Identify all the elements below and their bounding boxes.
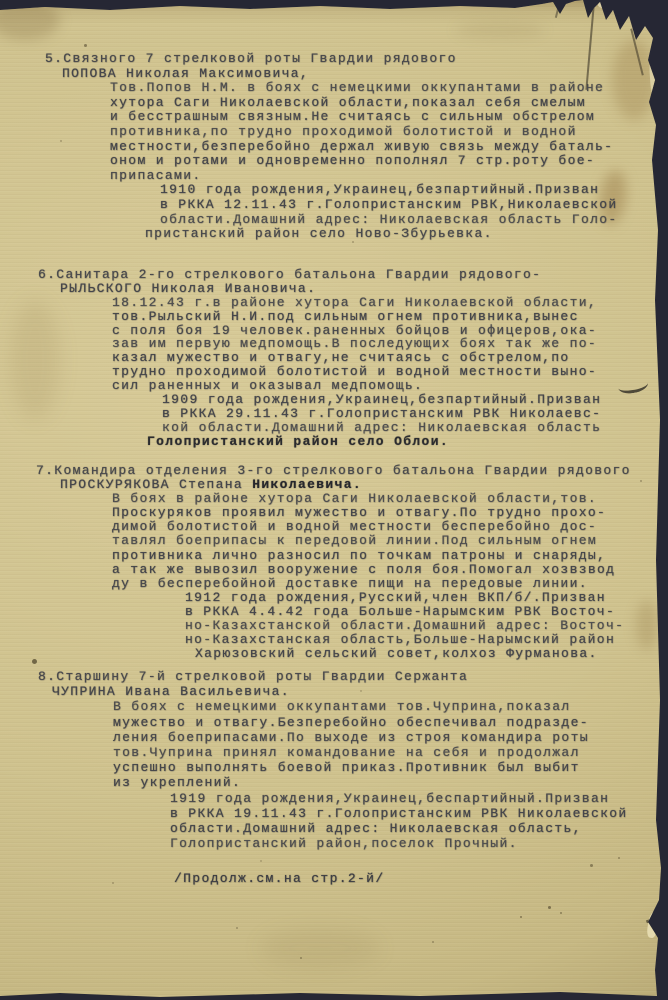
paper-speck <box>432 941 434 943</box>
typed-line: пристанский район село Ново-Збурьевка. <box>145 227 668 242</box>
typed-text: Голопристанский район,поселок Прочный. <box>170 836 518 851</box>
typed-text: ду в бесперебойной доставке пищи на пере… <box>112 576 588 591</box>
typed-text: противника,по трудно проходимой болотист… <box>110 124 577 139</box>
entry-section-5: 5.Связного 7 стрелковой роты Гвардии ряд… <box>0 52 668 242</box>
typed-line: 8.Старшину 7-й стрелковой роты Гвардии С… <box>38 669 668 684</box>
typed-line: Тов.Попов Н.М. в боях с немецкими оккупа… <box>110 81 668 96</box>
typed-line: 5.Связного 7 стрелковой роты Гвардии ряд… <box>45 52 668 67</box>
typed-line: 18.12.43 г.в районе хутора Саги Николаев… <box>112 296 668 310</box>
entry-section-7: 7.Командира отделения 3-го стрелкового б… <box>0 464 668 661</box>
paper-speck <box>112 882 114 884</box>
paper-speck <box>300 957 302 959</box>
typed-text: кой области.Домашний адрес: Николаевская… <box>162 420 601 435</box>
paper-speck <box>618 857 620 859</box>
typed-line: тавлял боеприпасы к передовой линии.Под … <box>112 534 668 548</box>
typed-line: припасами. <box>110 169 668 184</box>
typed-line: области.Домашний адрес: Николаевская обл… <box>170 821 668 836</box>
typed-line: в РККА 29.11.43 г.Голопристанским РВК Ни… <box>162 407 668 421</box>
typed-line: кой области.Домашний адрес: Николаевская… <box>162 421 668 435</box>
typed-line: РЫЛЬСКОГО Николая Ивановича. <box>60 282 668 296</box>
typed-line: 1912 года рождения,Русский,член ВКП/б/.П… <box>185 591 668 605</box>
typed-line: зав им первую медпомощь.В последующих бо… <box>112 337 668 351</box>
paper-speck <box>84 44 87 47</box>
typed-text: припасами. <box>110 168 202 183</box>
typed-text: 6.Санитара 2-го стрелкового батальона Гв… <box>38 267 541 282</box>
typed-line: ду в бесперебойной доставке пищи на пере… <box>112 577 668 591</box>
paper-speck <box>60 140 62 142</box>
typed-line: в РККА 12.11.43 г.Голопристанским РВК,Ни… <box>160 198 668 213</box>
typed-line: из укреплений. <box>113 775 668 790</box>
typed-line: 1910 года рождения,Украинец,безпартийный… <box>160 183 668 198</box>
typed-line: в РККА 4.4.42 года Больше-Нарымским РВК … <box>185 605 668 619</box>
paper-speck <box>236 927 238 929</box>
typed-text: но-Казахстанской области.Домашний адрес:… <box>185 618 624 633</box>
typed-text: 18.12.43 г.в районе хутора Саги Николаев… <box>112 295 597 310</box>
typed-text: 1919 года рождения,Украинец,беспартийный… <box>170 791 609 806</box>
typed-text: в РККА 29.11.43 г.Голопристанским РВК Ни… <box>162 406 601 421</box>
entry-section-8: 8.Старшину 7-й стрелковой роты Гвардии С… <box>0 669 668 851</box>
paper-speck <box>360 690 362 692</box>
typed-line: Голопристанский район село Облои. <box>147 435 668 449</box>
typed-line: В боях в районе хутора Саги Николаевской… <box>112 492 668 506</box>
typed-text: оном и ротами и одновременно пополнял 7 … <box>110 153 595 168</box>
paper-speck <box>520 916 522 918</box>
typed-line: но-Казахстанская область,Больше-Нарымски… <box>185 633 668 647</box>
paper-speck <box>560 912 562 914</box>
paper-speck <box>260 860 262 862</box>
typed-text: тов.Чуприна принял командование на себя … <box>113 745 580 760</box>
typed-line: в РККА 19.11.43 г.Голопристанским РВК Ни… <box>170 806 668 821</box>
typed-text: тов.Рыльский Н.И.под сильным огнем проти… <box>112 309 579 324</box>
typed-text: зав им первую медпомощь.В последующих бо… <box>112 336 597 351</box>
typed-line: 1919 года рождения,Украинец,беспартийный… <box>170 791 668 806</box>
typed-text: В боях с немецкими оккупантами тов.Чупри… <box>113 699 571 714</box>
typed-text: но-Казахстанская область,Больше-Нарымски… <box>185 632 615 647</box>
typed-text: трудно проходимой болотистой и водной ме… <box>112 364 597 379</box>
typed-line: и бесстрашным связным.Не считаясь с силь… <box>110 110 668 125</box>
typed-text: сил раненных и оказывал медпомощь. <box>112 378 423 393</box>
typed-text: 7.Командира отделения 3-го стрелкового б… <box>36 463 631 478</box>
typed-line: ления боеприпасами.По выходе из строя ко… <box>113 730 668 745</box>
typed-text: Голопристанский район село Облои. <box>147 434 449 449</box>
typed-text: противника лично разносил по точкам патр… <box>112 548 606 563</box>
typed-text: области.Домашний адрес: Николаевская обл… <box>170 821 582 836</box>
typed-text: 8.Старшину 7-й стрелковой роты Гвардии С… <box>38 669 468 684</box>
typed-text: ЧУПРИНА Ивана Васильевича. <box>52 684 290 699</box>
paper-speck <box>352 241 354 243</box>
typed-text: и бесстрашным связным.Не считаясь с силь… <box>110 109 595 124</box>
typed-text: ПРОСКУРЯКОВА Степана <box>60 477 252 492</box>
typed-text: а так же вывозил вооружение с поля боя.П… <box>112 562 615 577</box>
typed-content: 5.Связного 7 стрелковой роты Гвардии ряд… <box>0 0 668 1000</box>
paper-speck <box>548 906 551 909</box>
entry-section-6: 6.Санитара 2-го стрелкового батальона Гв… <box>0 268 668 449</box>
typed-line: 7.Командира отделения 3-го стрелкового б… <box>36 464 668 478</box>
typed-line: Харюзовский сельский совет,колхоз Фурман… <box>195 647 668 661</box>
typed-text: ПОПОВА Николая Максимовича, <box>62 66 309 81</box>
typed-text-bold: Николаевича. <box>252 477 362 492</box>
typed-text: РЫЛЬСКОГО Николая Ивановича. <box>60 281 316 296</box>
typed-line: 6.Санитара 2-го стрелкового батальона Гв… <box>38 268 668 282</box>
typed-text: в РККА 19.11.43 г.Голопристанским РВК Ни… <box>170 806 628 821</box>
typed-text: успешно выполнять боевой приказ.Противни… <box>113 760 580 775</box>
typed-line: области.Домашний адрес: Николаевская обл… <box>160 213 668 228</box>
typed-text: мужество и отвагу.Безперебойно обеспечив… <box>113 715 589 730</box>
typed-text: 5.Связного 7 стрелковой роты Гвардии ряд… <box>45 51 457 66</box>
typed-line: Голопристанский район,поселок Прочный. <box>170 836 668 851</box>
typed-line: В боях с немецкими оккупантами тов.Чупри… <box>113 699 668 714</box>
typed-line: но-Казахстанской области.Домашний адрес:… <box>185 619 668 633</box>
typed-line: а так же вывозил вооружение с поля боя.П… <box>112 563 668 577</box>
typed-line: мужество и отвагу.Безперебойно обеспечив… <box>113 715 668 730</box>
typed-text: пристанский район село Ново-Збурьевка. <box>145 226 493 241</box>
paper-speck <box>32 659 37 664</box>
typed-line: местности,безперебойно держал живую связ… <box>110 140 668 155</box>
typed-line: противника лично разносил по точкам патр… <box>112 549 668 563</box>
continuation-note: /Продолж.см.на стр.2-й/ <box>174 871 384 886</box>
typed-text: тавлял боеприпасы к передовой линии.Под … <box>112 533 597 548</box>
typed-text: 1910 года рождения,Украинец,безпартийный… <box>160 182 599 197</box>
typed-text: в РККА 12.11.43 г.Голопристанским РВК,Ни… <box>160 197 618 212</box>
paper-speck <box>590 864 593 867</box>
typed-line: успешно выполнять боевой приказ.Противни… <box>113 760 668 775</box>
typed-text: Харюзовский сельский совет,колхоз Фурман… <box>195 646 598 661</box>
typed-text: области.Домашний адрес: Николаевская обл… <box>160 212 618 227</box>
paper-speck <box>482 703 484 705</box>
typed-line: трудно проходимой болотистой и водной ме… <box>112 365 668 379</box>
typed-text: хутора Саги Николаевской области,показал… <box>110 95 586 110</box>
typed-text: В боях в районе хутора Саги Николаевской… <box>112 491 597 506</box>
typed-text: в РККА 4.4.42 года Больше-Нарымским РВК … <box>185 604 615 619</box>
typed-line: тов.Рыльский Н.И.под сильным огнем проти… <box>112 310 668 324</box>
typed-text: ления боеприпасами.По выходе из строя ко… <box>113 730 589 745</box>
typed-text: местности,безперебойно держал живую связ… <box>110 139 613 154</box>
paper-sheet: 5.Связного 7 стрелковой роты Гвардии ряд… <box>0 0 668 1000</box>
typed-text: 1912 года рождения,Русский,член ВКП/б/.П… <box>185 590 606 605</box>
typed-line: оном и ротами и одновременно пополнял 7 … <box>110 154 668 169</box>
paper-speck <box>640 480 642 482</box>
typed-line: сил раненных и оказывал медпомощь. <box>112 379 668 393</box>
typed-line: 1909 года рождения,Украинец,безпартийный… <box>162 393 668 407</box>
typed-line: тов.Чуприна принял командование на себя … <box>113 745 668 760</box>
typed-line: ПОПОВА Николая Максимовича, <box>62 67 668 82</box>
typed-text: Тов.Попов Н.М. в боях с немецкими оккупа… <box>110 80 604 95</box>
typed-text: из укреплений. <box>113 775 241 790</box>
paper-speck <box>200 495 202 497</box>
typed-line: противника,по трудно проходимой болотист… <box>110 125 668 140</box>
typed-text: 1909 года рождения,Украинец,безпартийный… <box>162 392 601 407</box>
